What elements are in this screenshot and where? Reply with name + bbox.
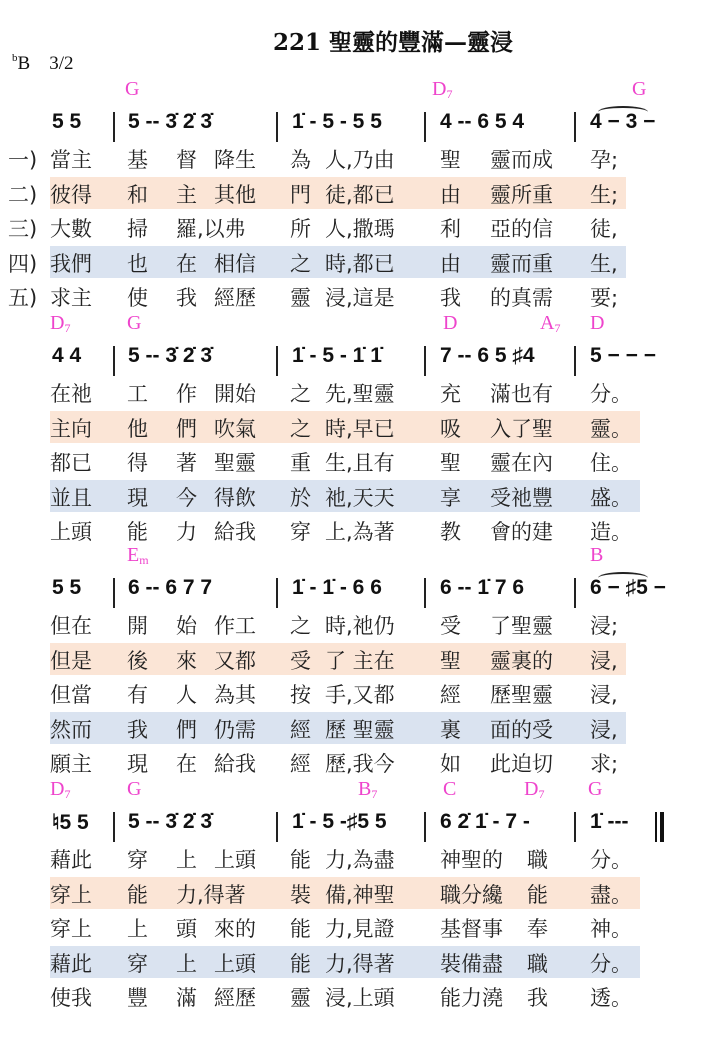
lyric-syllable: 能 [290,844,311,874]
measure: 5 5 [52,110,81,134]
lyric-syllable: 面的受 [490,714,553,744]
lyric-syllable: 有 [127,679,148,709]
lyric-syllable: 藉此 [50,844,92,874]
lyric-syllable: 重 [290,447,311,477]
lyric-syllable: 神聖的 [440,844,503,874]
lyric-syllable: 作 [176,378,197,408]
lyric-syllable: 但在 [50,610,92,640]
lyric-syllable: 力,為盡 [325,844,395,874]
lyric-syllable: 歷,我今 [325,748,395,778]
lyric-syllable: 掃 [127,213,148,243]
lyric-syllable: 穿 [290,516,311,546]
measure: 1̇ --- [590,810,629,834]
lyric-syllable: 由 [440,248,461,278]
verse-number: 三) [8,213,37,243]
chord-root: B [358,778,371,800]
lyric-syllable: 能 [290,948,311,978]
chord-symbol: G [125,78,139,101]
lyric-syllable: 又都 [214,645,256,675]
verse-number: 五) [8,282,37,312]
lyric-syllable: 靈裏的 [490,645,553,675]
chord-root: G [125,78,139,100]
lyric-syllable: 分。 [590,378,632,408]
lyric-syllable: 利 [440,213,461,243]
barline [113,812,115,842]
lyric-syllable: 力,得著 [176,879,246,909]
lyric-syllable: 造。 [590,516,632,546]
lyric-syllable: 大數 [50,213,92,243]
measure: 5 -- 3̇ 2̇ 3̇ [128,110,212,134]
lyric-syllable: 祂,天天 [325,482,395,512]
chord-symbol: D7 [50,778,70,802]
lyric-syllable: 裝 [290,879,311,909]
lyric-syllable: 藉此 [50,948,92,978]
barline [424,112,426,142]
lyric-syllable: 時,早已 [325,413,395,443]
lyric-syllable: 當主 [50,144,92,174]
time-signature: 3/2 [49,53,73,74]
lyric-syllable: 但當 [50,679,92,709]
tie-arc [598,106,648,118]
lyric-syllable: 能 [290,913,311,943]
chord-symbol: G [588,778,602,801]
lyric-syllable: 經 [290,748,311,778]
lyric-syllable: 們 [176,413,197,443]
lyric-syllable: 經歷 [214,982,256,1012]
lyric-syllable: 現 [127,748,148,778]
lyric-syllable: 由 [440,179,461,209]
lyric-syllable: 人,撒瑪 [325,213,395,243]
lyric-syllable: 主向 [50,413,92,443]
chord-symbol: A7 [540,312,560,336]
lyric-syllable: 羅,以弗 [176,213,246,243]
measure: 4 -- 6 5 4 [440,110,524,134]
lyric-syllable: 我 [527,982,548,1012]
lyric-syllable: 上頭 [214,948,256,978]
lyric-syllable: 彼得 [50,179,92,209]
lyric-syllable: 歷 聖靈 [325,714,395,744]
key-signature: bB 3/2 [12,52,73,75]
chord-symbol: G [127,312,141,335]
lyric-syllable: 之 [290,413,311,443]
lyric-syllable: 所 [290,213,311,243]
chord-symbol: G [127,778,141,801]
chord-root: D [50,312,64,334]
lyric-syllable: 力,見證 [325,913,395,943]
lyric-syllable: 我 [440,282,461,312]
lyric-syllable: 此迫切 [490,748,553,778]
chord-symbol: Em [127,544,149,568]
lyric-syllable: 開 [127,610,148,640]
lyric-syllable: 神。 [590,913,632,943]
chord-quality: 7 [554,321,560,335]
lyric-syllable: 也 [127,248,148,278]
chord-quality: m [139,553,148,567]
barline [113,112,115,142]
lyric-syllable: 滿 [176,982,197,1012]
measure: 6 2̇ 1̇ - 7 - [440,810,530,834]
lyric-syllable: 上 [176,844,197,874]
lyric-syllable: 透。 [590,982,632,1012]
barline [574,578,576,608]
lyric-syllable: 得 [127,447,148,477]
barline [113,346,115,376]
lyric-syllable: 使 [127,282,148,312]
lyric-syllable: 並且 [50,482,92,512]
barline [574,346,576,376]
lyric-syllable: 先,聖靈 [325,378,395,408]
lyric-syllable: 後 [127,645,148,675]
measure: 5 -- 3̇ 2̇ 3̇ [128,810,212,834]
lyric-syllable: 工 [127,378,148,408]
chord-root: G [127,312,141,334]
lyric-syllable: 他 [127,413,148,443]
lyric-syllable: 裝備盡 [440,948,503,978]
lyric-syllable: 之 [290,610,311,640]
chord-root: B [590,544,603,566]
lyric-syllable: 分。 [590,948,632,978]
lyric-syllable: 受 [440,610,461,640]
lyric-syllable: 來 [176,645,197,675]
chord-symbol: D7 [50,312,70,336]
lyric-syllable: 穿上 [50,879,92,909]
lyric-syllable: 靈。 [590,413,632,443]
lyric-syllable: 在 [176,748,197,778]
lyric-syllable: 力 [176,516,197,546]
lyric-syllable: 穿 [127,844,148,874]
tie-arc [598,572,648,584]
lyric-syllable: 職 [527,948,548,978]
lyric-syllable: 於 [290,482,311,512]
lyric-syllable: 滿也有 [490,378,553,408]
lyric-syllable: 生, [590,248,618,278]
lyric-syllable: 手,又都 [325,679,395,709]
lyric-syllable: 如 [440,748,461,778]
measure: 5 -- 3̇ 2̇ 3̇ [128,344,212,368]
chord-symbol: B [590,544,603,567]
chord-root: G [632,78,646,100]
lyric-syllable: 今 [176,482,197,512]
lyric-syllable: 豐 [127,982,148,1012]
chord-root: G [127,778,141,800]
lyric-syllable: 吹氣 [214,413,256,443]
lyric-syllable: 浸, [590,645,618,675]
chord-root: D [432,78,446,100]
lyric-syllable: 人,乃由 [325,144,395,174]
lyric-syllable: 聖靈 [214,447,256,477]
lyric-syllable: 始 [176,610,197,640]
chord-symbol: D [590,312,604,335]
lyric-syllable: 給我 [214,748,256,778]
measure: 1̇ - 5 -♯5 5 [292,810,387,834]
lyric-syllable: 得飲 [214,482,256,512]
lyric-syllable: 靈而重 [490,248,553,278]
lyric-syllable: 聖 [440,645,461,675]
lyric-syllable: 督 [176,144,197,174]
chord-quality: 7 [538,787,544,801]
lyric-syllable: 相信 [214,248,256,278]
barline [574,812,576,842]
measure: ♮5 5 [52,810,89,835]
chord-root: D [443,312,457,334]
chord-symbol: D7 [524,778,544,802]
lyric-syllable: 經 [440,679,461,709]
chord-quality: 7 [371,787,377,801]
lyric-syllable: 降生 [214,144,256,174]
lyric-syllable: 開始 [214,378,256,408]
lyric-syllable: 使我 [50,982,92,1012]
lyric-syllable: 亞的信 [490,213,553,243]
lyric-syllable: 願主 [50,748,92,778]
barline [276,578,278,608]
lyric-syllable: 人 [176,679,197,709]
measure: 5 5 [52,576,81,600]
lyric-syllable: 入了聖 [490,413,553,443]
lyric-syllable: 了 主在 [325,645,395,675]
lyric-syllable: 奉 [527,913,548,943]
lyric-syllable: 求; [590,748,618,778]
lyric-syllable: 經 [290,714,311,744]
lyric-syllable: 我 [176,282,197,312]
barline [424,578,426,608]
measure: 7 -- 6 5 ♯4 [440,344,535,368]
lyric-syllable: 盛。 [590,482,632,512]
chord-root: D [524,778,538,800]
lyric-syllable: 力,得著 [325,948,395,978]
lyric-syllable: 靈所重 [490,179,553,209]
lyric-syllable: 穿 [127,948,148,978]
lyric-syllable: 受祂豐 [490,482,553,512]
barline [276,346,278,376]
measure: 1̇ - 5 - 1̇ 1̇ [292,344,382,368]
lyric-syllable: 浸, [590,679,618,709]
key-note: B [18,53,31,74]
barline [276,112,278,142]
barline [424,812,426,842]
lyric-syllable: 靈 [290,982,311,1012]
lyric-syllable: 能力澆 [440,982,503,1012]
lyric-syllable: 住。 [590,447,632,477]
lyric-syllable: 都已 [50,447,92,477]
lyric-syllable: 職 [527,844,548,874]
lyric-syllable: 上頭 [214,844,256,874]
lyric-syllable: 在 [176,248,197,278]
lyric-syllable: 門 [290,179,311,209]
lyric-syllable: 能 [127,879,148,909]
lyric-syllable: 了聖靈 [490,610,553,640]
lyric-syllable: 給我 [214,516,256,546]
lyric-syllable: 之 [290,248,311,278]
lyric-syllable: 主 [176,179,197,209]
lyric-syllable: 充 [440,378,461,408]
lyric-syllable: 靈而成 [490,144,553,174]
lyric-syllable: 來的 [214,913,256,943]
lyric-syllable: 吸 [440,413,461,443]
lyric-syllable: 浸; [590,610,618,640]
lyric-syllable: 然而 [50,714,92,744]
lyric-syllable: 生; [590,179,618,209]
barline [276,812,278,842]
measure: 1̇ - 1̇ - 6 6 [292,576,382,600]
lyric-syllable: 上,為著 [325,516,395,546]
lyric-syllable: 教 [440,516,461,546]
lyric-syllable: 和 [127,179,148,209]
chord-root: D [50,778,64,800]
chord-quality: 7 [64,787,70,801]
lyric-syllable: 但是 [50,645,92,675]
verse-number: 二) [8,179,37,209]
lyric-syllable: 能 [527,879,548,909]
lyric-syllable: 穿上 [50,913,92,943]
chord-quality: 7 [64,321,70,335]
barline [113,578,115,608]
lyric-syllable: 要; [590,282,618,312]
chord-symbol: G [632,78,646,101]
lyric-syllable: 時,祂仍 [325,610,395,640]
lyric-syllable: 能 [127,516,148,546]
lyric-syllable: 基 [127,144,148,174]
lyric-syllable: 聖 [440,144,461,174]
lyric-syllable: 受 [290,645,311,675]
lyric-syllable: 我們 [50,248,92,278]
lyric-syllable: 著 [176,447,197,477]
lyric-syllable: 為其 [214,679,256,709]
lyric-syllable: 我 [127,714,148,744]
lyric-syllable: 靈 [290,282,311,312]
verse-number: 四) [8,248,37,278]
measure: 6 -- 1̇ 7 6 [440,576,524,600]
lyric-syllable: 分。 [590,844,632,874]
hymn-title: 221 聖靈的豐滿—靈浸 [0,24,706,57]
lyric-syllable: 在祂 [50,378,92,408]
lyric-syllable: 上頭 [50,516,92,546]
final-double-barline [655,812,664,842]
chord-symbol: D [443,312,457,335]
lyric-syllable: 作工 [214,610,256,640]
lyric-syllable: 的真需 [490,282,553,312]
lyric-syllable: 經歷 [214,282,256,312]
lyric-syllable: 浸, [590,714,618,744]
lyric-syllable: 現 [127,482,148,512]
lyric-syllable: 徒, [590,213,618,243]
lyric-syllable: 徒,都已 [325,179,395,209]
lyric-syllable: 生,且有 [325,447,395,477]
chord-symbol: D7 [432,78,452,102]
lyric-syllable: 職分纔 [440,879,503,909]
lyric-syllable: 按 [290,679,311,709]
lyric-syllable: 其他 [214,179,256,209]
chord-root: G [588,778,602,800]
chord-root: C [443,778,456,800]
barline [574,112,576,142]
lyric-syllable: 浸,這是 [325,282,395,312]
chord-root: E [127,544,139,566]
chord-quality: 7 [446,87,452,101]
measure: 4 4 [52,344,81,368]
lyric-syllable: 為 [290,144,311,174]
lyric-syllable: 基督事 [440,913,503,943]
lyric-syllable: 之 [290,378,311,408]
chord-root: D [590,312,604,334]
lyric-syllable: 歷聖靈 [490,679,553,709]
barline [424,346,426,376]
lyric-syllable: 上 [176,948,197,978]
measure: 5 − − − [590,344,656,368]
lyric-syllable: 浸,上頭 [325,982,395,1012]
lyric-syllable: 們 [176,714,197,744]
lyric-syllable: 備,神聖 [325,879,395,909]
chord-symbol: B7 [358,778,377,802]
chord-root: A [540,312,554,334]
lyric-syllable: 盡。 [590,879,632,909]
lyric-syllable: 裏 [440,714,461,744]
chord-symbol: C [443,778,456,801]
verse-number: 一) [8,144,37,174]
lyric-syllable: 聖 [440,447,461,477]
lyric-syllable: 會的建 [490,516,553,546]
lyric-syllable: 孕; [590,144,618,174]
lyric-syllable: 頭 [176,913,197,943]
lyric-syllable: 時,都已 [325,248,395,278]
lyric-syllable: 靈在內 [490,447,553,477]
lyric-syllable: 享 [440,482,461,512]
measure: 6 -- 6 7 7 [128,576,212,600]
lyric-syllable: 上 [127,913,148,943]
lyric-syllable: 求主 [50,282,92,312]
lyric-syllable: 仍需 [214,714,256,744]
measure: 1̇ - 5 - 5 5 [292,110,382,134]
